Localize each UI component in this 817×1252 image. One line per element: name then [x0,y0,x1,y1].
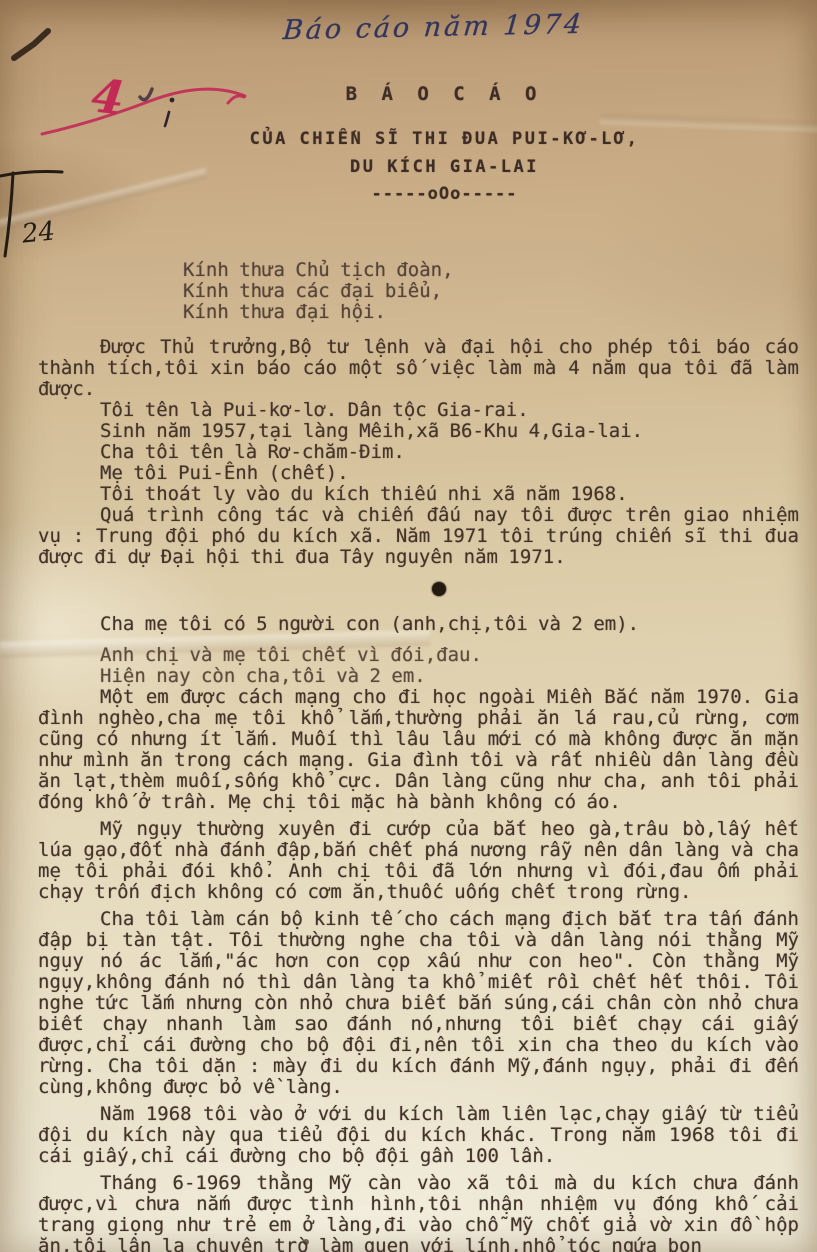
paragraph: Anh chị và mẹ tôi chết vì đói,đau. [38,645,799,666]
separator-dot-icon [432,582,446,596]
corner-ink-slash [14,31,48,58]
paragraph: Cha mẹ tôi có 5 người con (anh,chị,tôi v… [38,614,799,635]
paragraphs-block: Được Thủ trưởng,Bộ tư lệnh và đại hội ch… [38,337,799,1252]
document-title: B Á O C Á O [64,84,817,105]
paragraph: Mỹ ngụy thường xuyên đi cướp của bắt heo… [38,819,799,903]
paragraph: Cha tôi tên là Rơ-chăm-Đim. [38,442,799,463]
paragraph: Một em được cách mạng cho đi học ngoài M… [38,687,799,813]
document-subtitle-line2: DU KÍCH GIA-LAI [64,157,817,178]
salutation-line: Kính thưa các đại biểu, [183,281,799,302]
paragraph: Tôi tên là Pui-kơ-lơ. Dân tộc Gia-rai. [38,400,799,421]
salutation-line: Kính thưa Chủ tịch đoàn, [183,260,799,281]
ooo-divider: -----oOo----- [64,184,817,205]
paragraph: Cha tôi làm cán bộ kinh tế cho cách mạng… [38,909,799,1098]
paragraph: Tháng 6-1969 thằng Mỹ càn vào xã tôi mà … [38,1173,799,1252]
paragraph: Tôi thoát ly vào du kích thiếu nhi xã nă… [38,484,799,505]
salutation-line: Kính thưa đại hội. [183,302,799,323]
scanned-document-page: Báo cáo năm 1974 4 24 B Á O C Á O CỦA CH… [0,0,817,1252]
paragraph: Được Thủ trưởng,Bộ tư lệnh và đại hội ch… [38,337,799,400]
paragraph: Sinh năm 1957,tại làng Mêih,xã B6-Khu 4,… [38,421,799,442]
paragraph: Hiện nay còn cha,tôi và 2 em. [38,666,799,687]
paragraph: Năm 1968 tôi vào ở với du kích làm liên … [38,1104,799,1167]
paragraph: Quá trình công tác và chiến đấu nay tôi … [38,505,799,568]
document-header: B Á O C Á O CỦA CHIẾN SĨ THI ĐUA PUI-KƠ-… [64,84,817,205]
salutation-block: Kính thưa Chủ tịch đoàn, Kính thưa các đ… [183,260,799,323]
handwritten-year-note: Báo cáo năm 1974 [282,9,586,46]
paragraph: Mẹ tôi Pui-Ênh (chết). [38,463,799,484]
margin-letter-t-stem [5,173,13,256]
typed-document-body: B Á O C Á O CỦA CHIẾN SĨ THI ĐUA PUI-KƠ-… [38,84,799,1252]
document-subtitle-line1: CỦA CHIẾN SĨ THI ĐUA PUI-KƠ-LƠ, [64,129,817,150]
section-separator [38,582,799,598]
